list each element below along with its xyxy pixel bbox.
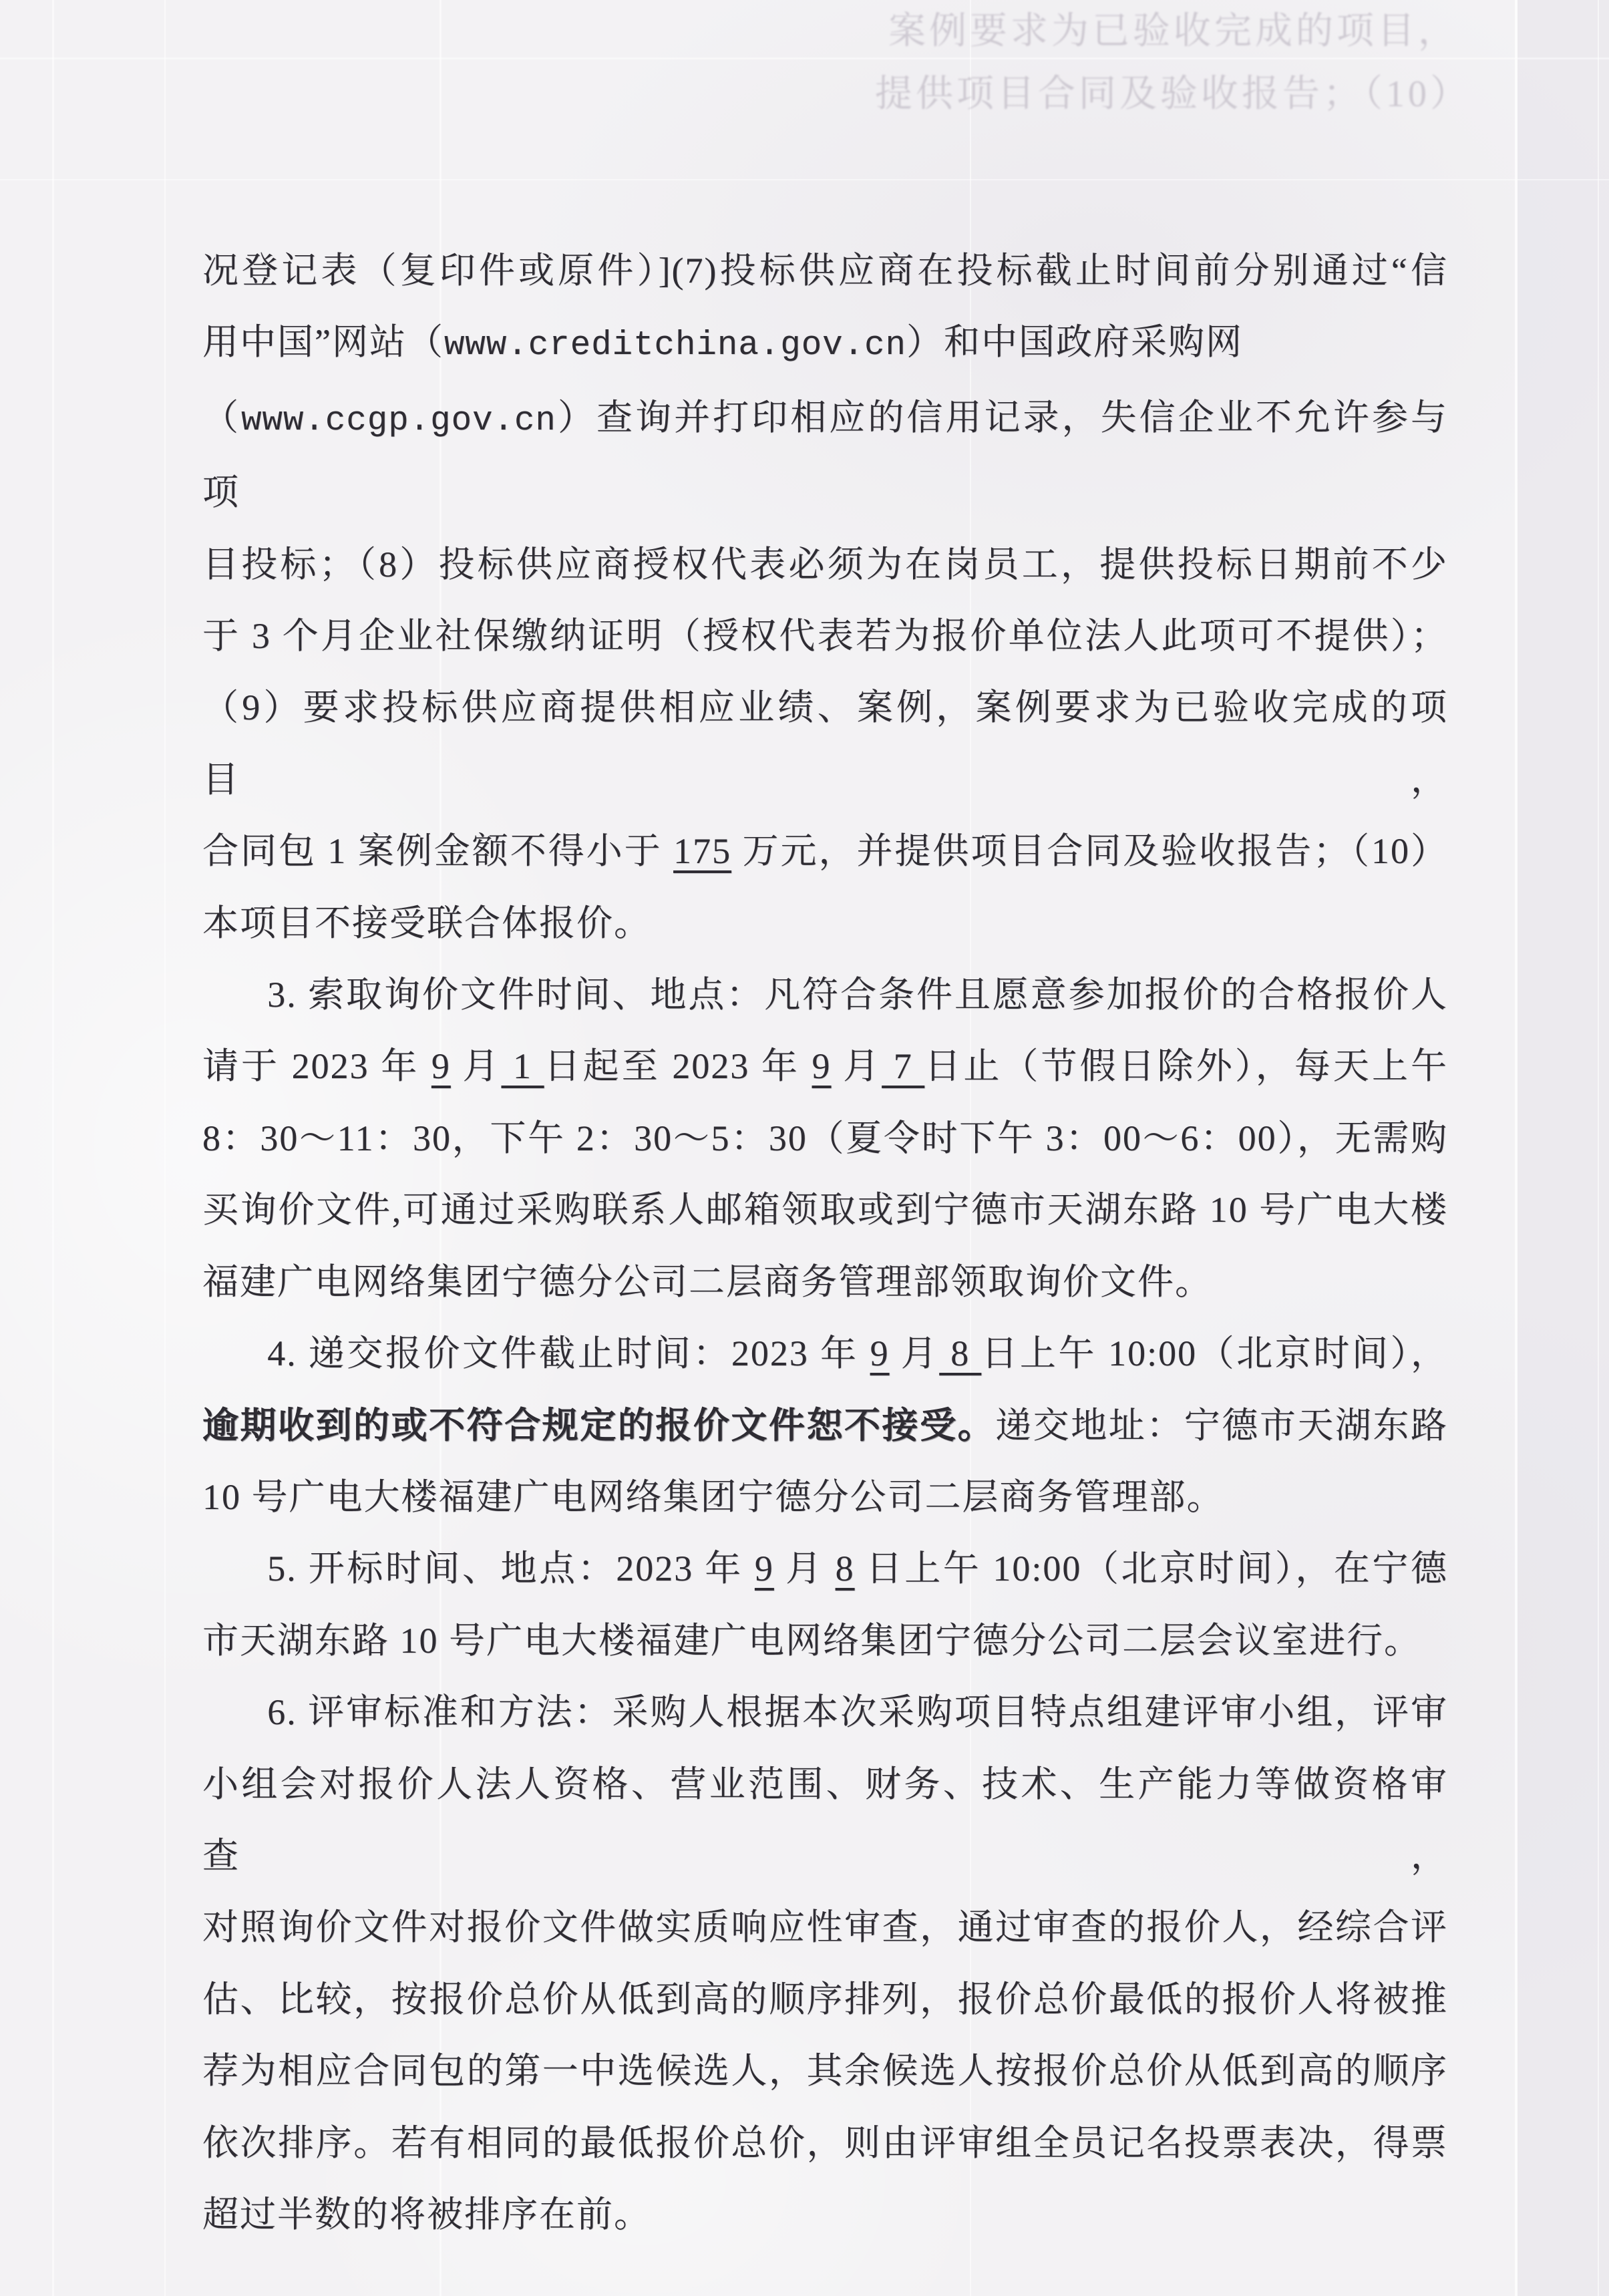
bleed-through-text: 案例要求为已验收完成的项目， xyxy=(888,1,1459,55)
text-line: 福建广电网络集团宁德分公司二层商务管理部领取询价文件。 xyxy=(202,1247,1448,1318)
text-line: 逾期收到的或不符合规定的报价文件恕不接受。递交地址：宁德市天湖东路 xyxy=(202,1390,1448,1462)
text-segment: 市天湖东路 10 号广电大楼福建广电网络集团宁德分公司二层会议室进行。 xyxy=(202,1621,1421,1661)
text-segment: 况登记表（复印件或原件）](7)投标供应商在投标截止时间前分别通过“信 xyxy=(202,251,1448,291)
text-line: 4. 递交报价文件截止时间：2023 年 9 月 8 日上午 10:00（北京时… xyxy=(202,1318,1448,1389)
text-segment: 荐为相应合同包的第一中选候选人，其余候选人按报价总价从低到高的顺序 xyxy=(202,2051,1448,2091)
text-segment: 日上午 10:00（北京时间），在宁德 xyxy=(855,1548,1448,1589)
text-segment: 福建广电网络集团宁德分公司二层商务管理部领取询价文件。 xyxy=(202,1262,1212,1302)
text-segment: 月 xyxy=(774,1548,836,1589)
scanned-page: 案例要求为已验收完成的项目，提供项目合同及验收报告；（10） 况登记表（复印件或… xyxy=(0,0,1609,2296)
text-line: 6. 评审标准和方法：采购人根据本次采购项目特点组建评审小组，评审 xyxy=(202,1677,1448,1748)
text-segment: 目投标；（8）投标供应商授权代表必须为在岗员工，提供投标日期前不少 xyxy=(202,544,1448,585)
text-segment: 万元，并提供项目合同及验收报告；（10） xyxy=(731,831,1448,871)
scan-streak xyxy=(0,179,1609,180)
text-segment: 估、比较，按报价总价从低到高的顺序排列，报价总价最低的报价人将被推 xyxy=(202,1979,1448,2019)
text-segment: 合同包 1 案例金额不得小于 xyxy=(202,831,673,871)
underlined-text: 8 xyxy=(836,1548,855,1589)
text-segment: 本项目不接受联合体报价。 xyxy=(202,903,651,943)
text-segment: 5. 开标时间、地点：2023 年 xyxy=(267,1548,755,1589)
text-segment: 10 号广电大楼福建广电网络集团宁德分公司二层商务管理部。 xyxy=(202,1477,1224,1517)
text-line: 超过半数的将被排序在前。 xyxy=(202,2179,1448,2251)
scan-streak xyxy=(1598,0,1599,2296)
text-segment: 4. 递交报价文件截止时间：2023 年 xyxy=(267,1333,870,1373)
text-segment: 小组会对报价人法人资格、营业范围、财务、技术、生产能力等做资格审查， xyxy=(202,1764,1448,1876)
underlined-text: 1 xyxy=(501,1046,544,1086)
text-segment: www.creditchina.gov.cn xyxy=(444,327,906,365)
text-segment: 逾期收到的或不符合规定的报价文件恕不接受。 xyxy=(202,1406,995,1446)
text-line: （www.ccgp.gov.cn）查询并打印相应的信用记录，失信企业不允许参与项 xyxy=(202,382,1448,529)
scan-streak xyxy=(164,0,166,2296)
text-segment: 日上午 10:00（北京时间）， xyxy=(981,1333,1448,1373)
text-line: 荐为相应合同包的第一中选候选人，其余候选人按报价总价从低到高的顺序 xyxy=(202,2035,1448,2107)
text-segment: 递交地址：宁德市天湖东路 xyxy=(995,1406,1448,1446)
text-segment: 日止（节假日除外），每天上午 xyxy=(924,1046,1448,1086)
text-line: 市天湖东路 10 号广电大楼福建广电网络集团宁德分公司二层会议室进行。 xyxy=(202,1605,1448,1677)
text-line: 估、比较，按报价总价从低到高的顺序排列，报价总价最低的报价人将被推 xyxy=(202,1964,1448,2035)
text-segment: 8：30～11：30，下午 2：30～5：30（夏令时下午 3：00～6：00）… xyxy=(202,1118,1448,1158)
text-segment: 于 3 个月企业社保缴纳证明（授权代表若为报价单位法人此项可不提供）； xyxy=(202,616,1448,656)
text-line: 况登记表（复印件或原件）](7)投标供应商在投标截止时间前分别通过“信 xyxy=(202,235,1448,307)
text-line: 合同包 1 案例金额不得小于 175 万元，并提供项目合同及验收报告；（10） xyxy=(202,816,1448,887)
text-line: 8：30～11：30，下午 2：30～5：30（夏令时下午 3：00～6：00）… xyxy=(202,1103,1448,1174)
underlined-text: 175 xyxy=(673,831,731,871)
text-line: 对照询价文件对报价文件做实质响应性审查，通过审查的报价人，经综合评 xyxy=(202,1892,1448,1963)
text-segment: 用中国”网站（ xyxy=(202,322,444,362)
text-segment: 月 xyxy=(832,1046,882,1086)
underlined-text: 9 xyxy=(755,1548,774,1589)
text-segment: 请于 2023 年 xyxy=(202,1046,431,1086)
text-line: 5. 开标时间、地点：2023 年 9 月 8 日上午 10:00（北京时间），… xyxy=(202,1533,1448,1605)
text-line: 10 号广电大楼福建广电网络集团宁德分公司二层商务管理部。 xyxy=(202,1462,1448,1533)
underlined-text: 7 xyxy=(882,1046,924,1086)
text-segment: 对照询价文件对报价文件做实质响应性审查，通过审查的报价人，经综合评 xyxy=(202,1907,1448,1947)
text-segment: www.ccgp.gov.cn xyxy=(241,402,556,440)
bleed-through-text: 提供项目合同及验收报告；（10） xyxy=(875,64,1471,118)
text-segment: 买询价文件,可通过采购联系人邮箱领取或到宁德市天湖东路 10 号广电大楼 xyxy=(202,1190,1448,1230)
underlined-text: 9 xyxy=(870,1333,890,1373)
text-segment: 3. 索取询价文件时间、地点：凡符合条件且愿意参加报价的合格报价人 xyxy=(267,975,1448,1015)
underlined-text: 9 xyxy=(812,1046,832,1086)
text-line: 买询价文件,可通过采购联系人邮箱领取或到宁德市天湖东路 10 号广电大楼 xyxy=(202,1174,1448,1246)
scan-edge-strip xyxy=(1517,0,1609,2296)
text-segment: ）和中国政府采购网 xyxy=(906,322,1243,362)
text-line: 本项目不接受联合体报价。 xyxy=(202,888,1448,959)
text-segment: 6. 评审标准和方法：采购人根据本次采购项目特点组建评审小组，评审 xyxy=(267,1692,1448,1732)
text-segment: （ xyxy=(202,397,241,438)
document-body: 况登记表（复印件或原件）](7)投标供应商在投标截止时间前分别通过“信用中国”网… xyxy=(202,235,1448,2251)
scan-streak xyxy=(0,57,1609,59)
scan-streak xyxy=(52,0,54,2296)
text-line: 3. 索取询价文件时间、地点：凡符合条件且愿意参加报价的合格报价人 xyxy=(202,959,1448,1031)
underlined-text: 8 xyxy=(939,1333,981,1373)
text-line: 于 3 个月企业社保缴纳证明（授权代表若为报价单位法人此项可不提供）； xyxy=(202,601,1448,672)
text-line: 目投标；（8）投标供应商授权代表必须为在岗员工，提供投标日期前不少 xyxy=(202,529,1448,601)
text-line: 请于 2023 年 9 月 1 日起至 2023 年 9 月 7 日止（节假日除… xyxy=(202,1031,1448,1102)
text-segment: 月 xyxy=(890,1333,940,1373)
text-line: 小组会对报价人法人资格、营业范围、财务、技术、生产能力等做资格审查， xyxy=(202,1749,1448,1893)
text-segment: 日起至 2023 年 xyxy=(544,1046,812,1086)
text-segment: 超过半数的将被排序在前。 xyxy=(202,2194,651,2235)
text-segment: 依次排序。若有相同的最低报价总价，则由评审组全员记名投票表决，得票 xyxy=(202,2123,1448,2163)
text-segment: 月 xyxy=(451,1046,502,1086)
text-segment: （9）要求投标供应商提供相应业绩、案例，案例要求为已验收完成的项目， xyxy=(202,687,1448,799)
text-line: 依次排序。若有相同的最低报价总价，则由评审组全员记名投票表决，得票 xyxy=(202,2108,1448,2179)
scan-streak xyxy=(1515,0,1517,2296)
text-line: 用中国”网站（www.creditchina.gov.cn）和中国政府采购网 xyxy=(202,307,1448,381)
text-line: （9）要求投标供应商提供相应业绩、案例，案例要求为已验收完成的项目， xyxy=(202,672,1448,816)
underlined-text: 9 xyxy=(431,1046,451,1086)
